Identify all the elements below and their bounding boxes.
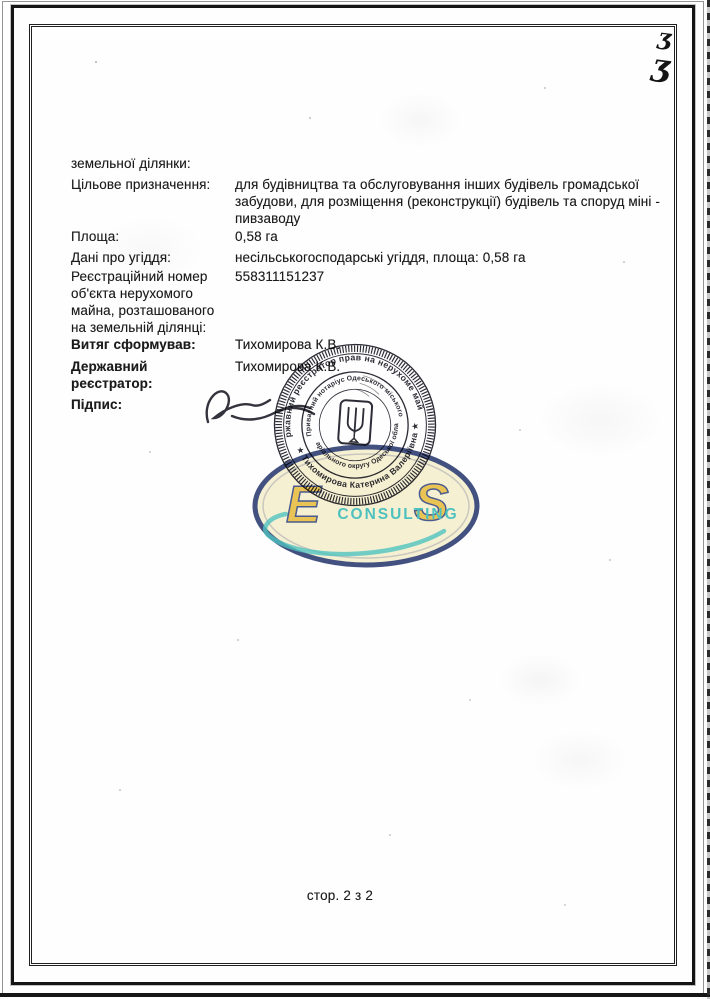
watermark: Е S CONSULTING xyxy=(248,443,484,571)
watermark-caption: CONSULTING xyxy=(337,506,458,523)
field-value: 558311151237 xyxy=(235,268,665,285)
field-label: Реєстраційний номер об'єкта нерухомого м… xyxy=(71,268,221,336)
document-page: ʒ ʒ земельної ділянки: Цільове призначен… xyxy=(0,0,710,999)
field-value: для будівництва та обслуговування інших … xyxy=(235,176,665,227)
field-label: Площа: xyxy=(71,228,221,245)
trident-emblem xyxy=(338,400,372,445)
field-value: несільськогосподарські угіддя, площа: 0,… xyxy=(235,249,665,266)
field-label: Дані про угіддя: xyxy=(71,249,221,266)
scan-edge-bottom xyxy=(0,993,710,997)
field-label: Державний реєстратор: xyxy=(71,358,191,392)
field-value: 0,58 га xyxy=(235,228,665,245)
page-indicator: стор. 2 з 2 xyxy=(0,888,680,903)
field-label: земельної ділянки: xyxy=(71,155,221,172)
field-label: Витяг сформував: xyxy=(71,336,221,353)
watermark-letter-left: Е xyxy=(286,476,322,534)
watermark-letter-right: S xyxy=(414,474,449,532)
field-label: Цільове призначення: xyxy=(71,176,221,193)
